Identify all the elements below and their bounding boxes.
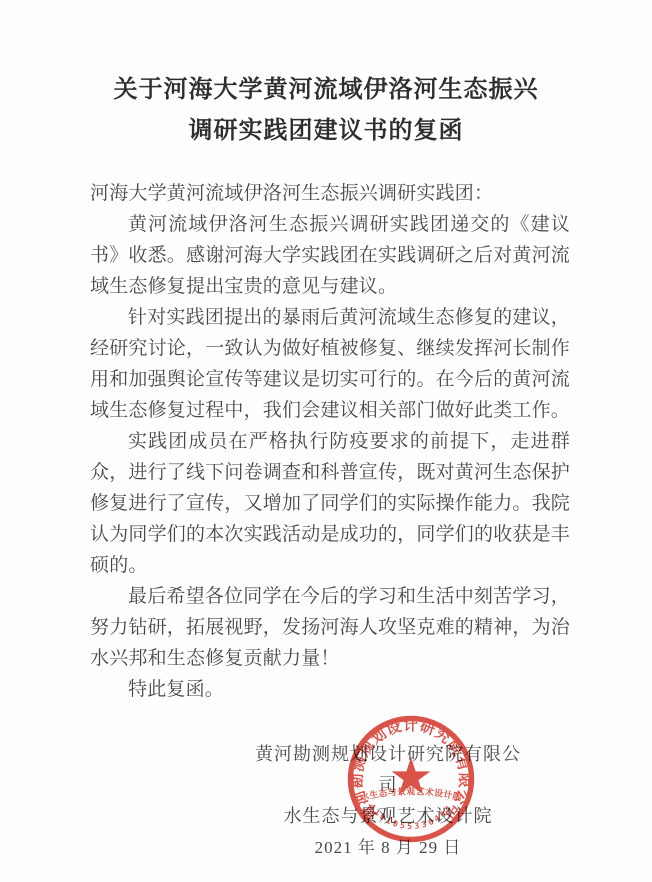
- letter-title: 关于河海大学黄河流域伊洛河生态振兴 调研实践团建议书的复函: [0, 0, 652, 152]
- paragraph: 实践团成员在严格执行防疫要求的前提下，走进群众，进行了线下问卷调查和科普宣传，既…: [90, 426, 570, 581]
- letter-body: 河海大学黄河流域伊洛河生态振兴调研实践团： 黄河流域伊洛河生态振兴调研实践团递交…: [90, 178, 570, 705]
- paragraph: 特此复函。: [90, 674, 570, 705]
- paragraph: 针对实践团提出的暴雨后黄河流域生态修复的建议，经研究讨论，一致认为做好植被修复、…: [90, 302, 570, 426]
- paragraph-list: 黄河流域伊洛河生态振兴调研实践团递交的《建议书》收悉。感谢河海大学实践团在实践调…: [90, 209, 570, 705]
- paragraph: 黄河流域伊洛河生态振兴调研实践团递交的《建议书》收悉。感谢河海大学实践团在实践调…: [90, 209, 570, 302]
- signature-company: 黄河勘测规划设计研究院有限公司: [252, 739, 524, 801]
- salutation: 河海大学黄河流域伊洛河生态振兴调研实践团：: [90, 178, 570, 209]
- signature-block: 黄河勘测规划设计研究院有限公司 水生态与景观艺术设计院 2021 年 8 月 2…: [252, 739, 524, 863]
- signature-department: 水生态与景观艺术设计院: [252, 801, 524, 832]
- title-line-2: 调研实践团建议书的复函: [0, 111, 652, 152]
- paragraph: 最后希望各位同学在今后的学习和生活中刻苦学习，努力钻研，拓展视野，发扬河海人攻坚…: [90, 581, 570, 674]
- title-line-1: 关于河海大学黄河流域伊洛河生态振兴: [0, 70, 652, 111]
- letter-page: 关于河海大学黄河流域伊洛河生态振兴 调研实践团建议书的复函 河海大学黄河流域伊洛…: [0, 0, 652, 882]
- signature-date: 2021 年 8 月 29 日: [252, 832, 524, 863]
